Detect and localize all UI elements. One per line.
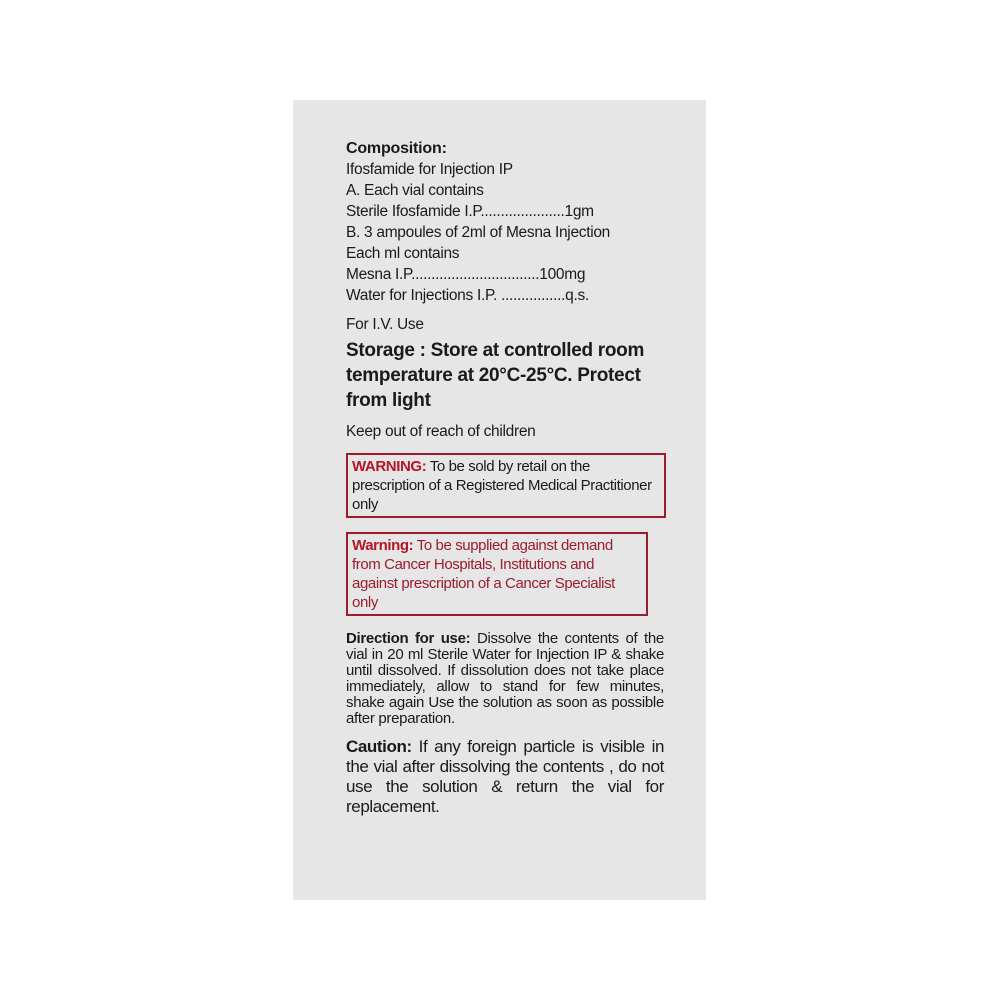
retail-warning-box: WARNING: To be sold by retail on the pre… [346,453,666,518]
composition-line: Ifosfamide for Injection IP [346,159,668,180]
label-content: Composition: Ifosfamide for Injection IP… [346,138,668,817]
route-of-administration: For I.V. Use [346,314,668,335]
composition-line: Sterile Ifosfamide I.P..................… [346,201,668,222]
storage-instructions: Storage : Store at controlled room tempe… [346,338,668,413]
label-panel: Composition: Ifosfamide for Injection IP… [293,100,706,900]
retail-warning-label: WARNING: [352,458,426,475]
composition-line: A. Each vial contains [346,180,668,201]
supply-warning-label: Warning: [352,537,413,554]
direction-for-use: Direction for use: Dissolve the contents… [346,631,664,727]
supply-warning-box: Warning: To be supplied against demand f… [346,532,648,616]
composition-line: B. 3 ampoules of 2ml of Mesna Injection [346,222,668,243]
composition-title: Composition: [346,138,668,159]
caution-notice: Caution: If any foreign particle is visi… [346,737,664,817]
caution-label: Caution: [346,737,412,756]
composition-line: Mesna I.P...............................… [346,264,668,285]
composition-line: Water for Injections I.P. ..............… [346,285,668,306]
keep-away-notice: Keep out of reach of children [346,421,668,442]
direction-label: Direction for use: [346,630,470,647]
composition-line: Each ml contains [346,243,668,264]
